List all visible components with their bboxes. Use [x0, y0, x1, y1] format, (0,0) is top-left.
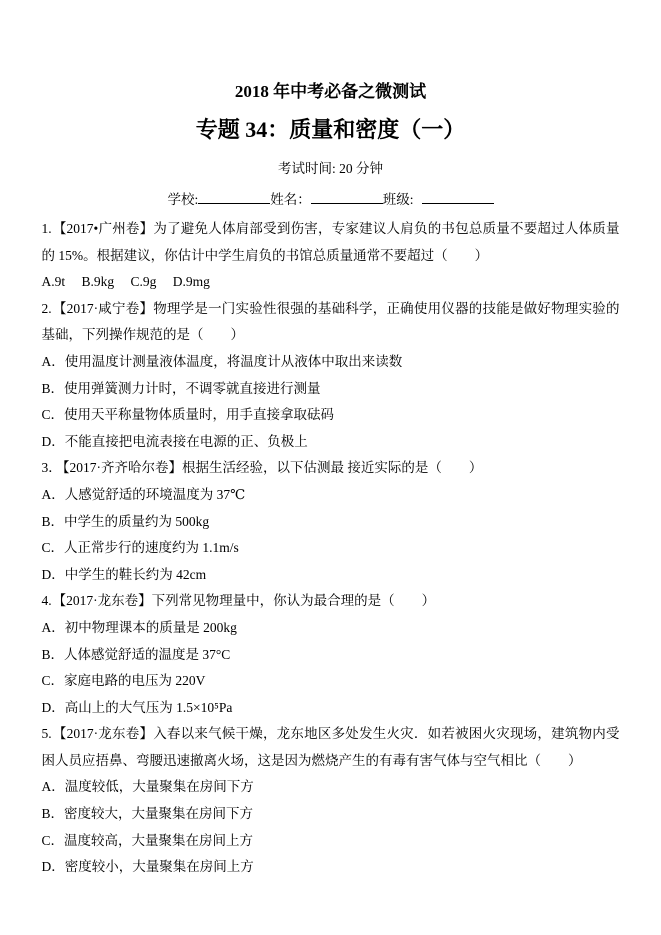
question-2-option-c: C．使用天平称量物体质量时，用手直接拿取砝码 — [42, 402, 620, 429]
question-5-option-c: C．温度较高，大量聚集在房间上方 — [42, 828, 620, 855]
question-5-option-a: A．温度较低，大量聚集在房间下方 — [42, 774, 620, 801]
question-2-option-b: B．使用弹簧测力计时，不调零就直接进行测量 — [42, 376, 620, 403]
question-3: 3．【2017·齐齐哈尔卷】根据生活经验，以下估测最 接近实际的是（ ） A．人… — [42, 455, 620, 588]
school-blank[interactable] — [198, 189, 270, 204]
question-3-option-c: C．人正常步行的速度约为 1.1m/s — [42, 535, 620, 562]
question-5-option-b: B．密度较大，大量聚集在房间下方 — [42, 801, 620, 828]
question-1-option-d: D.9mg — [173, 274, 210, 289]
question-2-stem: 2.【2017·咸宁卷】物理学是一门实验性很强的基础科学，正确使用仪器的技能是做… — [42, 296, 620, 349]
question-3-text: 根据生活经验，以下估测最 接近实际的是（ ） — [182, 460, 482, 475]
question-1-option-a: A.9t — [42, 274, 66, 289]
doc-subtitle: 专题 34：质量和密度（一） — [0, 117, 661, 143]
question-2-number: 2. — [42, 301, 52, 316]
question-2-option-d: D．不能直接把电流表接在电源的正、负极上 — [42, 429, 620, 456]
question-5-number: 5. — [42, 726, 52, 741]
question-3-option-d: D．中学生的鞋长约为 42cm — [42, 562, 620, 589]
question-4-option-d: D．高山上的大气压为 1.5×10⁵Pa — [42, 695, 620, 722]
question-4-option-c: C．家庭电路的电压为 220V — [42, 668, 620, 695]
question-5-source: 【2017·龙东卷】 — [53, 726, 154, 741]
question-2-source: 【2017·咸宁卷】 — [53, 301, 154, 316]
question-4-number: 4. — [42, 593, 52, 608]
worksheet-page: 2018 年中考必备之微测试 专题 34：质量和密度（一） 考试时间: 20 分… — [0, 0, 661, 935]
question-3-source: 【2017·齐齐哈尔卷】 — [63, 460, 182, 475]
question-5-stem: 5.【2017·龙东卷】入春以来气候干燥，龙东地区多处发生火灾．如若被困火灾现场… — [42, 721, 620, 774]
question-4: 4.【2017·龙东卷】下列常见物理量中，你认为最合理的是（ ） A．初中物理课… — [42, 588, 620, 721]
question-4-text: 下列常见物理量中，你认为最合理的是（ ） — [152, 593, 436, 608]
question-list: 1.【2017•广州卷】为了避免人体肩部受到伤害，专家建议人肩负的书包总质量不要… — [42, 216, 620, 881]
question-1-option-b: B.9kg — [82, 274, 115, 289]
question-1-option-c: C.9g — [131, 274, 157, 289]
exam-time: 考试时间: 20 分钟 — [0, 160, 661, 178]
question-1: 1.【2017•广州卷】为了避免人体肩部受到伤害，专家建议人肩负的书包总质量不要… — [42, 216, 620, 296]
question-3-stem: 3．【2017·齐齐哈尔卷】根据生活经验，以下估测最 接近实际的是（ ） — [42, 455, 620, 482]
question-1-options: A.9t B.9kg C.9g D.9mg — [42, 269, 620, 296]
name-blank[interactable] — [311, 189, 383, 204]
question-2-option-a: A．使用温度计测量液体温度，将温度计从液体中取出来读数 — [42, 349, 620, 376]
question-3-number: 3． — [42, 460, 62, 475]
question-4-stem: 4.【2017·龙东卷】下列常见物理量中，你认为最合理的是（ ） — [42, 588, 620, 615]
class-label: 班级: — [383, 192, 414, 207]
question-1-number: 1. — [42, 221, 52, 236]
question-1-stem: 1.【2017•广州卷】为了避免人体肩部受到伤害，专家建议人肩负的书包总质量不要… — [42, 216, 620, 269]
question-5-option-d: D．密度较小，大量聚集在房间上方 — [42, 854, 620, 881]
doc-title: 2018 年中考必备之微测试 — [0, 0, 661, 102]
name-label: 姓名： — [270, 192, 311, 207]
school-label: 学校: — [167, 192, 198, 207]
class-blank[interactable] — [422, 189, 494, 204]
question-1-source: 【2017•广州卷】 — [53, 221, 154, 236]
question-5: 5.【2017·龙东卷】入春以来气候干燥，龙东地区多处发生火灾．如若被困火灾现场… — [42, 721, 620, 881]
question-4-option-b: B．人体感觉舒适的温度是 37°C — [42, 642, 620, 669]
question-3-option-a: A．人感觉舒适的环境温度为 37℃ — [42, 482, 620, 509]
question-4-source: 【2017·龙东卷】 — [53, 593, 152, 608]
question-3-option-b: B．中学生的质量约为 500kg — [42, 509, 620, 536]
question-2: 2.【2017·咸宁卷】物理学是一门实验性很强的基础科学，正确使用仪器的技能是做… — [42, 296, 620, 456]
question-4-option-a: A．初中物理课本的质量是 200kg — [42, 615, 620, 642]
student-info-line: 学校:姓名：班级: — [0, 189, 661, 209]
